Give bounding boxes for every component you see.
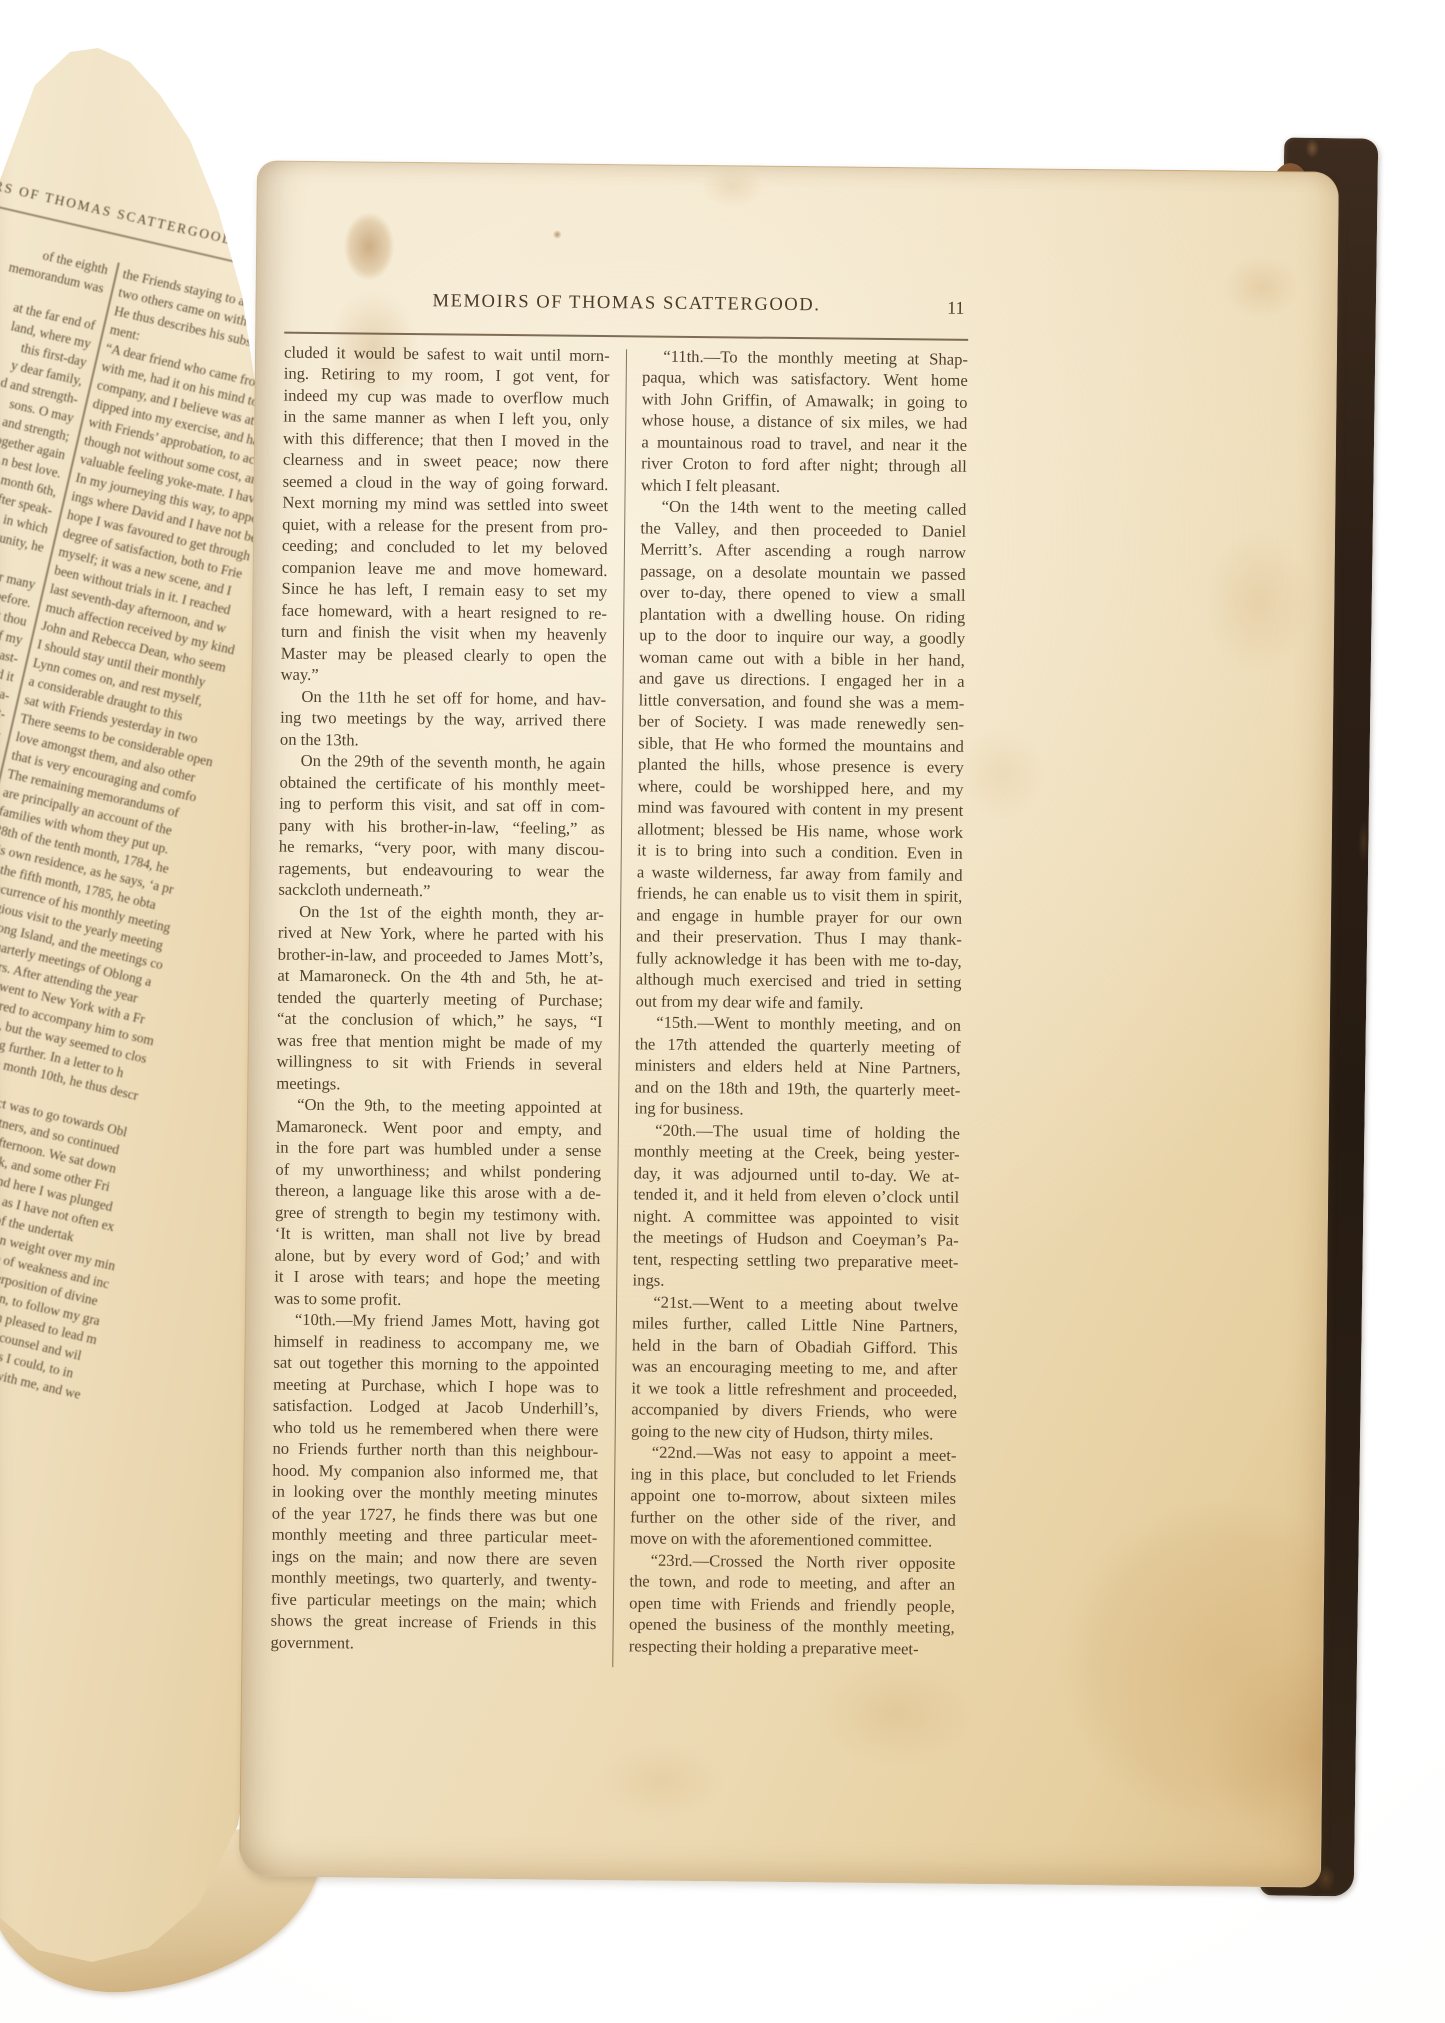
text-line: clearness and in sweet peace; now there bbox=[283, 449, 609, 474]
paper-stain bbox=[335, 200, 404, 293]
text-line: and their preservation. Thus I may thank… bbox=[636, 926, 962, 951]
text-line: in the same manner as when I left you, o… bbox=[283, 406, 609, 431]
text-line: ing. Retiring to my room, I got vent, fo… bbox=[284, 363, 610, 388]
text-line: shows the great increase of Friends in t… bbox=[271, 1610, 597, 1635]
text-line: sat out together this morning to the app… bbox=[273, 1352, 599, 1377]
text-line: the town, and rode to meeting, and after… bbox=[629, 1571, 955, 1596]
text-line: miles further, called Little Nine Partne… bbox=[632, 1313, 958, 1338]
right-page-content: MEMOIRS OF THOMAS SCATTERGOOD. 11 cluded… bbox=[270, 290, 968, 1671]
text-line: ber of Society. I was made renewedly sen… bbox=[638, 711, 964, 736]
text-line: appoint one to-morrow, about sixteen mil… bbox=[630, 1485, 956, 1510]
text-line: opened the business of the monthly meeti… bbox=[629, 1614, 955, 1639]
page-number: 11 bbox=[947, 298, 965, 319]
paper-stain bbox=[1170, 1611, 1339, 1888]
text-line: “On the 9th, to the meeting appointed at bbox=[276, 1094, 602, 1119]
text-line: accompanied by divers Friends, who were bbox=[631, 1399, 957, 1424]
text-column-left: cluded it would be safest to wait until … bbox=[270, 341, 610, 1666]
text-line: government. bbox=[270, 1631, 596, 1656]
text-line: mind was favoured with content in my pre… bbox=[637, 797, 963, 822]
text-line: Since he has left, I remain easy to set … bbox=[281, 578, 607, 603]
paper-stain bbox=[1206, 241, 1317, 332]
open-book-photo: RS OF THOMAS SCATTERGOOD. of the eighthm… bbox=[0, 0, 1445, 2023]
paper-stain bbox=[687, 160, 778, 216]
text-line: satisfaction. Lodged at Jacob Underhill’… bbox=[273, 1395, 599, 1420]
running-header-title: MEMOIRS OF THOMAS SCATTERGOOD. bbox=[432, 291, 820, 315]
text-line: in the fore part was humbled under a sen… bbox=[276, 1137, 602, 1162]
text-line: rived at New York, where he parted with … bbox=[278, 922, 604, 947]
text-line: “15th.—Went to monthly meeting, and on bbox=[635, 1012, 961, 1037]
text-line: paqua, which was satisfactory. Went home bbox=[642, 367, 968, 392]
text-columns: cluded it would be safest to wait until … bbox=[270, 341, 968, 1670]
text-line: move on with the aforementioned committe… bbox=[630, 1528, 956, 1553]
text-line: at Mamaroneck. On the 4th and 5th, he at… bbox=[277, 965, 603, 990]
page-header: MEMOIRS OF THOMAS SCATTERGOOD. 11 bbox=[284, 290, 968, 323]
text-line: no Friends further north than this neigh… bbox=[272, 1438, 598, 1463]
column-divider-rule bbox=[612, 349, 627, 1667]
text-line: although much exercised and tried in set… bbox=[636, 969, 962, 994]
text-line: planted the hills, whose presence is eve… bbox=[638, 754, 964, 779]
text-line: sackcloth underneath.” bbox=[278, 879, 604, 904]
text-line: ing for business. bbox=[634, 1098, 960, 1123]
right-page: MEMOIRS OF THOMAS SCATTERGOOD. 11 cluded… bbox=[239, 160, 1339, 1887]
text-line: willingness to sit with Friends in sever… bbox=[276, 1051, 602, 1076]
text-line: monthly meeting at the Creek, being yest… bbox=[634, 1141, 960, 1166]
text-line: Next morning my mind was settled into sw… bbox=[282, 492, 608, 517]
text-line: turn and finish the visit when my heaven… bbox=[281, 621, 607, 646]
text-line: over to-day, there opened to view a smal… bbox=[640, 582, 966, 607]
text-line: thereon, a language like this arose with… bbox=[275, 1180, 601, 1205]
text-line: monthly meeting and three particular mee… bbox=[272, 1524, 598, 1549]
text-line: ing to perform this visit, and sat off i… bbox=[279, 793, 605, 818]
header-rule bbox=[284, 332, 968, 341]
text-line: in looking over the monthly meeting minu… bbox=[272, 1481, 598, 1506]
text-line: “10th.—My friend James Mott, having got bbox=[274, 1309, 600, 1334]
text-line: ceeding; and concluded to let my beloved bbox=[282, 535, 608, 560]
text-line: “On the 14th went to the meeting called bbox=[641, 496, 967, 521]
text-line: the meetings of Hudson and Coeyman’s Pa- bbox=[633, 1227, 959, 1252]
text-line: Merritt’s. After ascending a rough narro… bbox=[640, 539, 966, 564]
text-line: Master may be pleased clearly to open th… bbox=[281, 642, 607, 667]
text-line: tent, respecting settling two preparativ… bbox=[633, 1248, 959, 1273]
text-line: it I arose with tears; and hope the meet… bbox=[274, 1266, 600, 1291]
text-line: “22nd.—Was not easy to appoint a meet- bbox=[631, 1442, 957, 1467]
text-column-right: “11th.—To the monthly meeting at Shap-pa… bbox=[629, 345, 969, 1670]
text-line: ing two meetings by the way, arrived the… bbox=[280, 707, 606, 732]
paper-stain bbox=[570, 1725, 751, 1837]
text-line: up to the door to inquire our way, a goo… bbox=[639, 625, 965, 650]
paper-stain bbox=[551, 228, 563, 240]
paper-stain bbox=[1010, 1449, 1339, 1873]
text-line: friends, he can enable us to visit them … bbox=[637, 883, 963, 908]
paper-stain bbox=[1182, 501, 1334, 703]
text-line: monthly meetings, two quarterly, and twe… bbox=[271, 1567, 597, 1592]
text-line: and gave us directions. I engaged her in… bbox=[639, 668, 965, 693]
text-line: was an encouraging meeting to me, and af… bbox=[632, 1356, 958, 1381]
text-line: “at the conclusion of which,” he says, “… bbox=[277, 1008, 603, 1033]
text-line: tended it, and it held from eleven o’clo… bbox=[633, 1184, 959, 1209]
text-line: river Croton to ford after night; throug… bbox=[641, 453, 967, 478]
text-line: whose house, a distance of six miles, we… bbox=[641, 410, 967, 435]
text-line: ministers and elders held at Nine Partne… bbox=[635, 1055, 961, 1080]
text-line: he remarks, “very poor, with many discou… bbox=[279, 836, 605, 861]
text-line: it is to bring into such a condition. Ev… bbox=[637, 840, 963, 865]
text-line: ‘It is written, man shall not live by br… bbox=[275, 1223, 601, 1248]
text-line: respecting their holding a preparative m… bbox=[629, 1635, 955, 1660]
text-line: On the 29th of the seventh month, he aga… bbox=[280, 750, 606, 775]
